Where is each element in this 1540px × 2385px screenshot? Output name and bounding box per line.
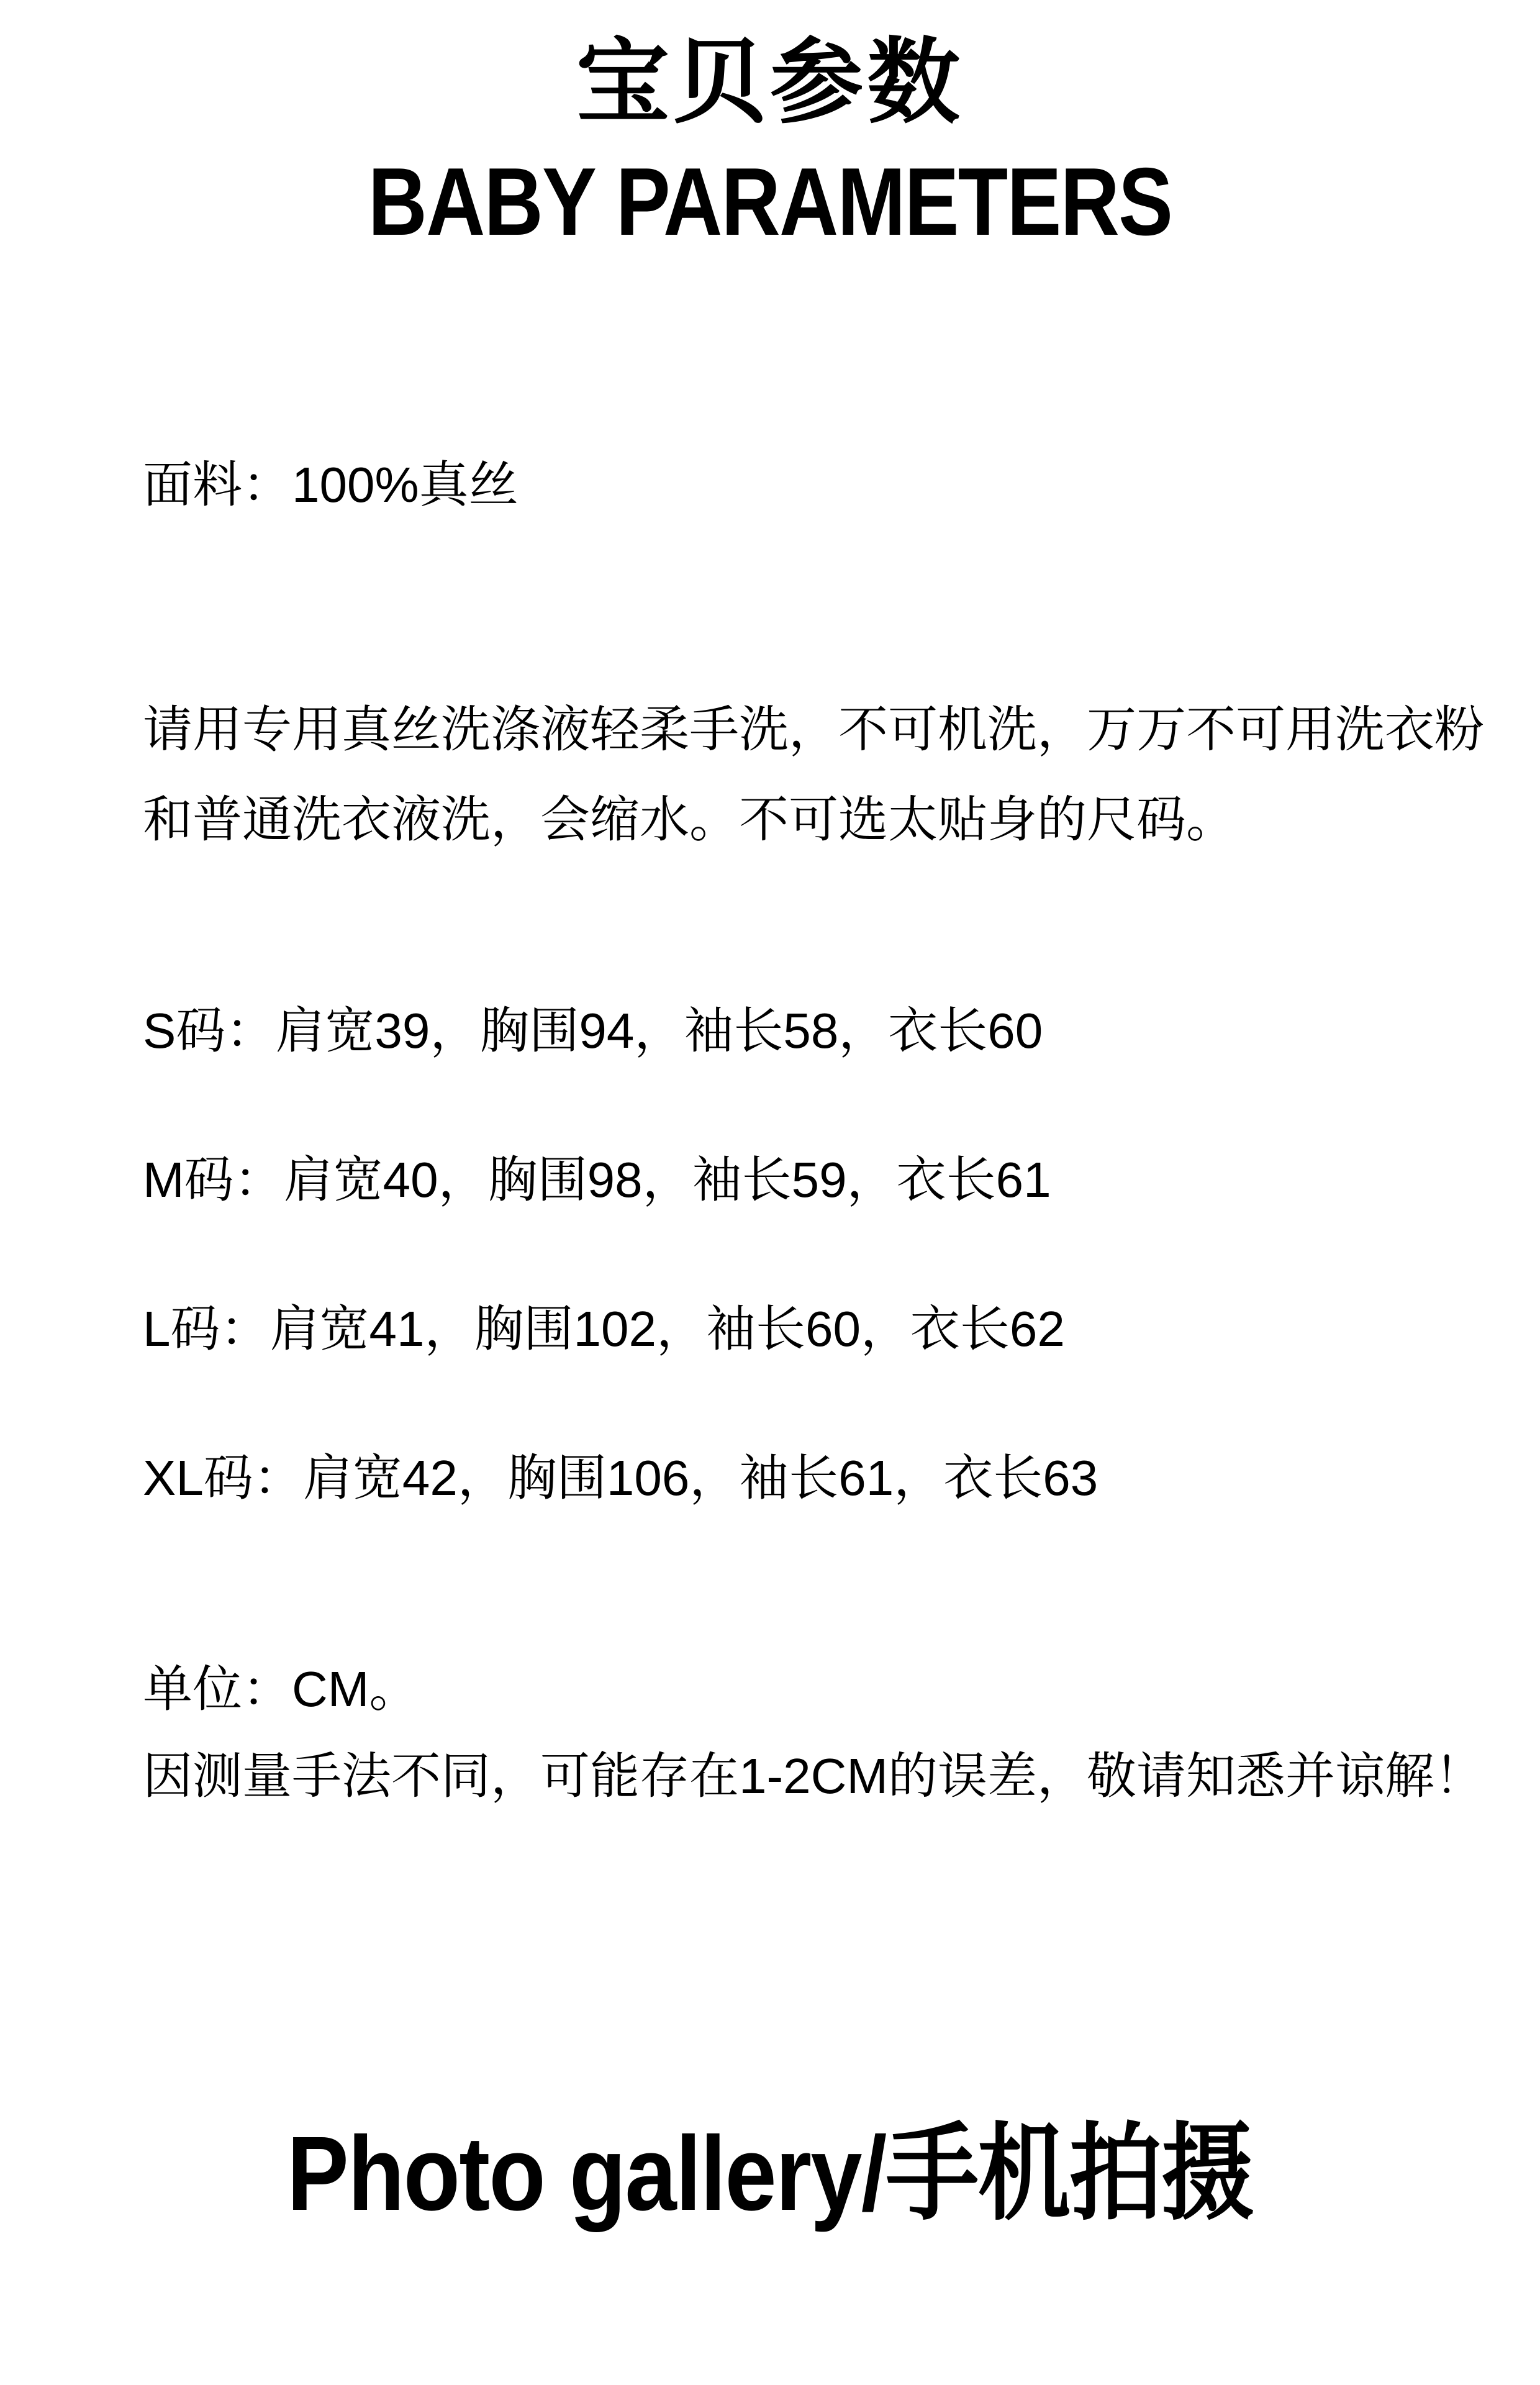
size-row-l: L码：肩宽41，胸围102，袖长60，衣长62 <box>143 1294 1540 1364</box>
care-instructions: 请用专用真丝洗涤液轻柔手洗，不可机洗，万万不可用洗衣粉和普通洗衣液洗，会缩水。不… <box>143 684 1509 865</box>
size-row-m: M码：肩宽40，胸围98，袖长59，衣长61 <box>143 1145 1540 1215</box>
product-parameter-sheet: 宝贝参数 BABY PARAMETERS 面料：100%真丝 请用专用真丝洗涤液… <box>0 0 1540 2385</box>
fabric-line: 面料：100%真丝 <box>143 450 1540 520</box>
gallery-title-text: Photo gallery/手机拍摄 <box>93 2109 1447 2239</box>
parameters-section: 面料：100%真丝 请用专用真丝洗涤液轻柔手洗，不可机洗，万万不可用洗衣粉和普通… <box>0 450 1540 1820</box>
page-title-english: BABY PARAMETERS <box>0 140 1540 264</box>
page-header: 宝贝参数 BABY PARAMETERS <box>0 25 1540 264</box>
page-title-chinese: 宝贝参数 <box>0 25 1540 140</box>
unit-note: 单位：CM。 <box>143 1646 1540 1733</box>
gallery-header: Photo gallery/手机拍摄 <box>0 2109 1540 2239</box>
tolerance-note: 因测量手法不同，可能存在1-2CM的误差，敬请知悉并谅解！ <box>143 1733 1540 1820</box>
page-title-english-text: BABY PARAMETERS <box>115 140 1424 264</box>
measurement-notes: 单位：CM。 因测量手法不同，可能存在1-2CM的误差，敬请知悉并谅解！ <box>143 1646 1540 1820</box>
size-row-xl: XL码：肩宽42，胸围106，袖长61，衣长63 <box>143 1443 1540 1513</box>
gallery-title: Photo gallery/手机拍摄 <box>0 2109 1540 2239</box>
size-row-s: S码：肩宽39，胸围94，袖长58，衣长60 <box>143 996 1540 1066</box>
